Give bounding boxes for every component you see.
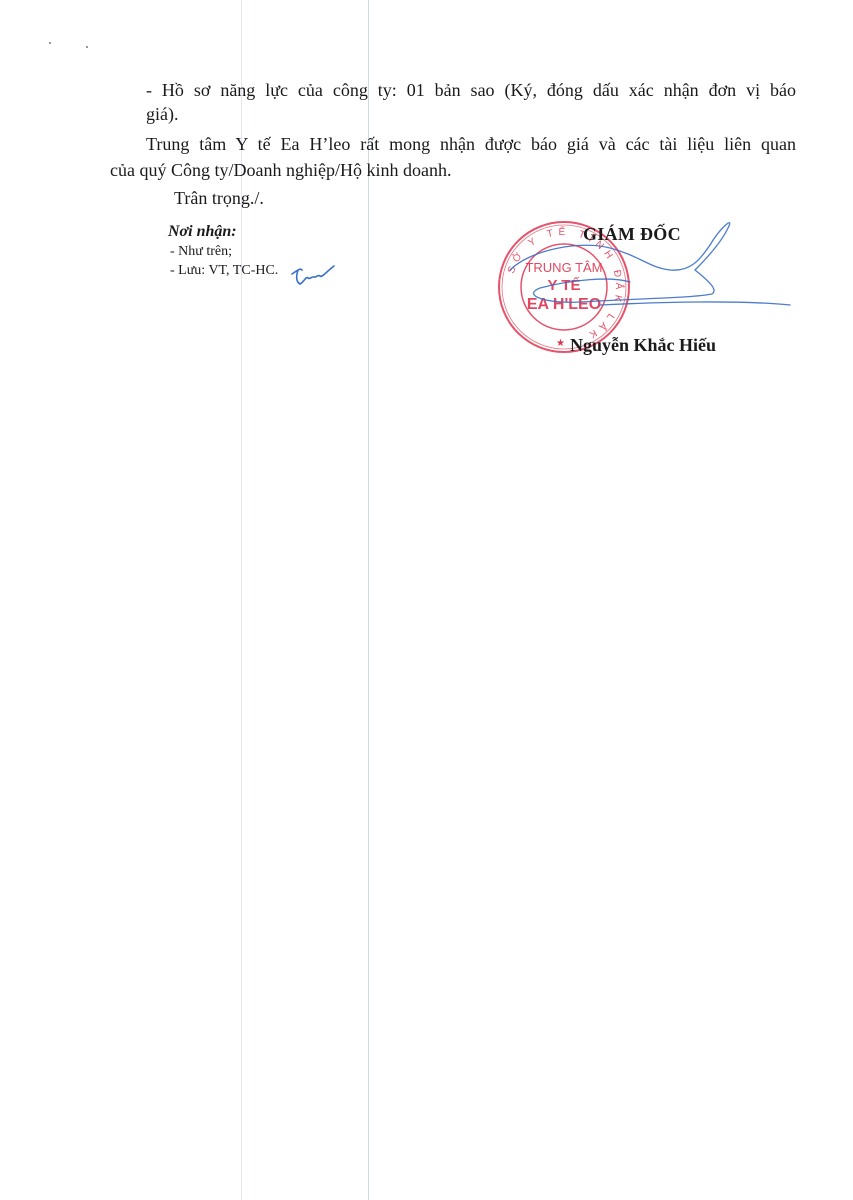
scan-speck <box>49 42 51 44</box>
closing-paragraph-continuation: của quý Công ty/Doanh nghiệp/Hộ kinh doa… <box>110 158 451 182</box>
attachment-item-line: - Hồ sơ năng lực của công ty: 01 bản sao… <box>146 78 796 102</box>
closing-paragraph-line: Trung tâm Y tế Ea H’leo rất mong nhận đư… <box>146 132 796 156</box>
regards-text: Trân trọng./. <box>174 186 264 210</box>
handwritten-signature-icon <box>500 210 800 330</box>
recipients-heading: Nơi nhận: <box>168 222 278 242</box>
svg-text:★: ★ <box>556 338 565 349</box>
recipients-block: Nơi nhận: - Như trên; - Lưu: VT, TC-HC. <box>168 222 278 280</box>
recipient-item: - Lưu: VT, TC-HC. <box>168 261 278 280</box>
attachment-item-continuation: giá). <box>146 102 178 126</box>
recipient-item: - Như trên; <box>168 242 278 261</box>
signer-name: Nguyễn Khắc Hiếu <box>570 335 716 356</box>
initials-signature-icon <box>290 262 336 288</box>
scan-speck <box>86 46 88 48</box>
